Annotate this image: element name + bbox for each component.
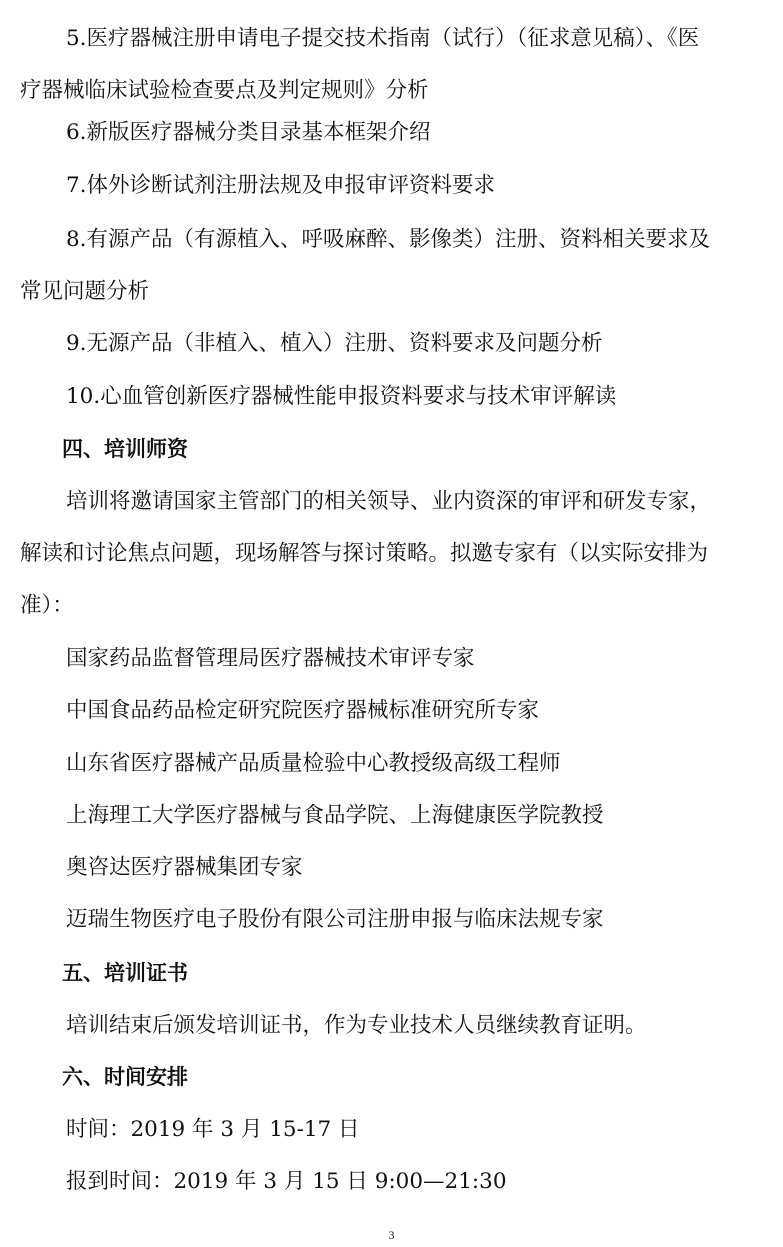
document-page: 5.医疗器械注册申请电子提交技术指南（试行）（征求意见稿）、《医 疗器械临床试验…	[0, 0, 783, 1247]
schedule-time: 时间：2019 年 3 月 15-17 日	[66, 1117, 360, 1143]
page-number: 3	[0, 1228, 783, 1243]
course-item-8-line1: 8.有源产品（有源植入、呼吸麻醉、影像类）注册、资料相关要求及	[66, 227, 710, 253]
expert-item: 山东省医疗器械产品质量检验中心教授级高级工程师	[66, 751, 561, 777]
schedule-checkin-time: 报到时间：2019 年 3 月 15 日 9:00—21:30	[66, 1169, 507, 1195]
course-item-text: 体外诊断试剂注册法规及申报审评资料要求	[87, 173, 496, 198]
course-item-text: 医疗器械注册申请电子提交技术指南（试行）（征求意见稿）、《医	[87, 26, 700, 51]
course-item-number: 9.	[66, 331, 87, 356]
section-5-text: 培训结束后颁发培训证书，作为专业技术人员继续教育证明。	[66, 1013, 647, 1039]
course-item-text: 无源产品（非植入、植入）注册、资料要求及问题分析	[87, 331, 603, 356]
expert-item: 上海理工大学医疗器械与食品学院、上海健康医学院教授	[66, 803, 604, 829]
course-item-6: 6.新版医疗器械分类目录基本框架介绍	[66, 120, 431, 146]
course-item-text: 新版医疗器械分类目录基本框架介绍	[87, 120, 431, 145]
course-item-number: 7.	[66, 173, 87, 198]
course-item-7: 7.体外诊断试剂注册法规及申报审评资料要求	[66, 173, 495, 199]
expert-item: 国家药品监督管理局医疗器械技术审评专家	[66, 646, 475, 672]
course-item-5-line1: 5.医疗器械注册申请电子提交技术指南（试行）（征求意见稿）、《医	[66, 26, 699, 52]
course-item-5-line2: 疗器械临床试验检查要点及判定规则》分析	[20, 78, 429, 104]
section-5-heading: 五、培训证书	[62, 960, 188, 986]
expert-item: 中国食品药品检定研究院医疗器械标准研究所专家	[66, 698, 539, 724]
course-item-9: 9.无源产品（非植入、植入）注册、资料要求及问题分析	[66, 331, 603, 357]
expert-item: 奥咨达医疗器械集团专家	[66, 855, 303, 881]
course-item-number: 8.	[66, 227, 87, 252]
course-item-number: 5.	[66, 26, 87, 51]
course-item-number: 10.	[66, 384, 100, 409]
section-6-heading: 六、时间安排	[62, 1064, 188, 1090]
course-item-text: 心血管创新医疗器械性能申报资料要求与技术审评解读	[100, 384, 616, 409]
expert-item: 迈瑞生物医疗电子股份有限公司注册申报与临床法规专家	[66, 907, 604, 933]
course-item-8-line2: 常见问题分析	[20, 279, 149, 305]
course-item-text: 有源产品（有源植入、呼吸麻醉、影像类）注册、资料相关要求及	[87, 227, 711, 252]
section-4-heading: 四、培训师资	[62, 436, 188, 462]
section-4-paragraph-line2: 解读和讨论焦点问题，现场解答与探讨策略。拟邀专家有（以实际安排为	[20, 541, 708, 567]
course-item-10: 10.心血管创新医疗器械性能申报资料要求与技术审评解读	[66, 384, 616, 410]
section-4-paragraph-line3: 准）：	[20, 593, 74, 619]
course-item-number: 6.	[66, 120, 87, 145]
section-4-paragraph-line1: 培训将邀请国家主管部门的相关领导、业内资深的审评和研发专家，	[66, 489, 711, 515]
